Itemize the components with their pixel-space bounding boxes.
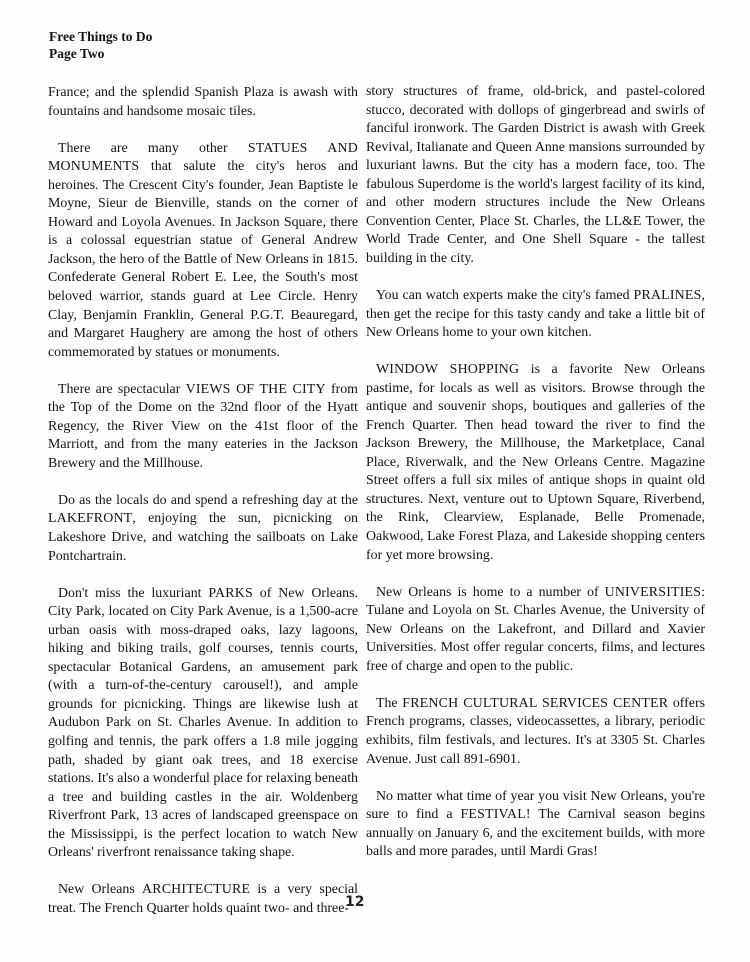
- paragraph-window-shopping: WINDOW SHOPPING is a favorite New Orlean…: [366, 361, 705, 565]
- section-keyword: FESTIVAL: [460, 807, 525, 822]
- paragraph-spanish-plaza: France; and the splendid Spanish Plaza i…: [48, 84, 358, 121]
- section-keyword: PRALINES: [634, 288, 702, 303]
- paragraph-lakefront: Do as the locals do and spend a refreshi…: [48, 492, 358, 566]
- page-number: 12: [345, 894, 364, 910]
- header-title: Free Things to Do: [49, 28, 152, 45]
- page-header: Free Things to Do Page Two: [49, 28, 152, 62]
- text: New Orleans: [58, 882, 142, 897]
- paragraph-pralines: You can watch experts make the city's fa…: [366, 287, 705, 343]
- section-keyword: ARCHITECTURE: [142, 882, 250, 897]
- section-keyword: PARKS: [208, 586, 253, 601]
- paragraph-views: There are spectacular VIEWS OF THE CITY …: [48, 381, 358, 474]
- text: New Orleans is home to a number of: [376, 585, 605, 600]
- text: The: [376, 696, 402, 711]
- text: of New Orleans. City Park, located on Ci…: [48, 586, 358, 861]
- document-page: Free Things to Do Page Two France; and t…: [0, 0, 750, 962]
- section-keyword: LAKEFRONT: [48, 511, 132, 526]
- paragraph-architecture: New Orleans ARCHITECTURE is a very speci…: [48, 881, 358, 918]
- section-keyword: UNIVERSITIES: [605, 585, 702, 600]
- paragraph-architecture-continued: story structures of frame, old-brick, an…: [366, 83, 705, 268]
- paragraph-universities: New Orleans is home to a number of UNIVE…: [366, 584, 705, 677]
- section-keyword: FRENCH CULTURAL SERVICES CENTER: [402, 696, 668, 711]
- section-keyword: VIEWS OF THE CITY: [186, 382, 326, 397]
- text: that salute the city's heros and heroine…: [48, 159, 358, 359]
- text: Don't miss the luxuriant: [58, 586, 208, 601]
- text: You can watch experts make the city's fa…: [376, 288, 634, 303]
- header-subtitle: Page Two: [49, 45, 152, 62]
- text: Do as the locals do and spend a refreshi…: [58, 493, 358, 508]
- text: is a favorite New Orleans pastime, for l…: [366, 362, 705, 562]
- left-column: France; and the splendid Spanish Plaza i…: [48, 84, 358, 937]
- text: There are spectacular: [58, 382, 186, 397]
- right-column: story structures of frame, old-brick, an…: [366, 83, 705, 880]
- paragraph-statues: There are many other STATUES AND MONUMEN…: [48, 140, 358, 363]
- text: There are many other: [58, 141, 248, 156]
- paragraph-parks: Don't miss the luxuriant PARKS of New Or…: [48, 585, 358, 863]
- paragraph-french-cultural-center: The FRENCH CULTURAL SERVICES CENTER offe…: [366, 695, 705, 769]
- section-keyword: WINDOW SHOPPING: [376, 362, 519, 377]
- paragraph-festival: No matter what time of year you visit Ne…: [366, 788, 705, 862]
